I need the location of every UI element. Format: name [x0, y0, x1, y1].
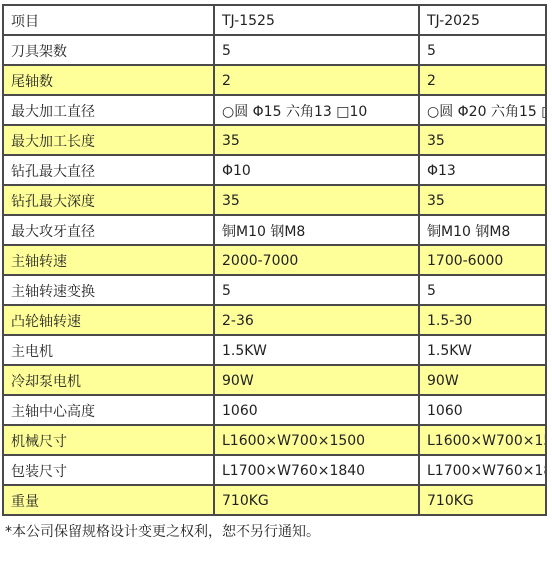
- spec-value-cell: L1600×W700×1500: [419, 425, 546, 455]
- spec-label-cell: 冷却泵电机: [3, 365, 214, 395]
- table-row: 最大加工长度 35 35: [3, 125, 546, 155]
- table-row: 冷却泵电机 90W 90W: [3, 365, 546, 395]
- spec-label-cell: 主轴转速变换: [3, 275, 214, 305]
- table-row: 主轴转速 2000-7000 1700-6000: [3, 245, 546, 275]
- spec-value-cell: L1600×W700×1500: [214, 425, 419, 455]
- spec-label-cell: 主轴中心高度: [3, 395, 214, 425]
- table-row: 刀具架数 5 5: [3, 35, 546, 65]
- spec-label-cell: 刀具架数: [3, 35, 214, 65]
- spec-label-cell: 机械尺寸: [3, 425, 214, 455]
- table-row: 最大攻牙直径 铜M10 钢M8 铜M10 钢M8: [3, 215, 546, 245]
- spec-value-cell: 2000-7000: [214, 245, 419, 275]
- spec-value-cell: 1.5KW: [214, 335, 419, 365]
- spec-value-cell: Φ10: [214, 155, 419, 185]
- spec-value-cell: 1.5KW: [419, 335, 546, 365]
- spec-value-cell: Φ13: [419, 155, 546, 185]
- spec-value-cell: 35: [214, 125, 419, 155]
- spec-value-cell: 2: [214, 65, 419, 95]
- spec-value-cell: 2: [419, 65, 546, 95]
- spec-label-cell: 尾轴数: [3, 65, 214, 95]
- spec-value-cell: 90W: [419, 365, 546, 395]
- table-row: 主轴转速变换 5 5: [3, 275, 546, 305]
- spec-label-cell: 最大加工直径: [3, 95, 214, 125]
- spec-label-cell: 凸轮轴转速: [3, 305, 214, 335]
- spec-value-cell: 铜M10 钢M8: [419, 215, 546, 245]
- spec-label-cell: 钻孔最大直径: [3, 155, 214, 185]
- spec-value-cell: 90W: [214, 365, 419, 395]
- column-header-model-1: TJ-1525: [214, 5, 419, 35]
- spec-label-cell: 主电机: [3, 335, 214, 365]
- table-row: 凸轮轴转速 2-36 1.5-30: [3, 305, 546, 335]
- spec-value-cell: ○圆 Φ20 六角15 □12: [419, 95, 546, 125]
- column-header-item: 项目: [3, 5, 214, 35]
- column-header-model-2: TJ-2025: [419, 5, 546, 35]
- table-row: 重量 710KG 710KG: [3, 485, 546, 515]
- table-row: 主电机 1.5KW 1.5KW: [3, 335, 546, 365]
- spec-value-cell: 35: [214, 185, 419, 215]
- spec-value-cell: 5: [214, 275, 419, 305]
- spec-sheet: 项目 TJ-1525 TJ-2025 刀具架数 5 5 尾轴数 2 2 最大加工…: [0, 0, 552, 541]
- table-row: 钻孔最大直径 Φ10 Φ13: [3, 155, 546, 185]
- spec-label-cell: 包装尺寸: [3, 455, 214, 485]
- table-row: 钻孔最大深度 35 35: [3, 185, 546, 215]
- disclaimer-note: *本公司保留规格设计变更之权利，恕不另行通知。: [5, 521, 552, 541]
- spec-value-cell: 5: [214, 35, 419, 65]
- spec-value-cell: 35: [419, 125, 546, 155]
- spec-table: 项目 TJ-1525 TJ-2025 刀具架数 5 5 尾轴数 2 2 最大加工…: [2, 4, 547, 516]
- spec-value-cell: 2-36: [214, 305, 419, 335]
- spec-value-cell: 5: [419, 275, 546, 305]
- spec-value-cell: 1.5-30: [419, 305, 546, 335]
- table-row: 包装尺寸 L1700×W760×1840 L1700×W760×1840: [3, 455, 546, 485]
- spec-value-cell: L1700×W760×1840: [214, 455, 419, 485]
- spec-label-cell: 最大加工长度: [3, 125, 214, 155]
- spec-label-cell: 钻孔最大深度: [3, 185, 214, 215]
- spec-label-cell: 主轴转速: [3, 245, 214, 275]
- table-row: 尾轴数 2 2: [3, 65, 546, 95]
- spec-value-cell: 1060: [419, 395, 546, 425]
- spec-value-cell: 35: [419, 185, 546, 215]
- table-row: 最大加工直径 ○圆 Φ15 六角13 □10 ○圆 Φ20 六角15 □12: [3, 95, 546, 125]
- spec-value-cell: 710KG: [214, 485, 419, 515]
- spec-label-cell: 最大攻牙直径: [3, 215, 214, 245]
- spec-value-cell: 5: [419, 35, 546, 65]
- table-row: 主轴中心高度 1060 1060: [3, 395, 546, 425]
- spec-value-cell: 铜M10 钢M8: [214, 215, 419, 245]
- spec-value-cell: 1060: [214, 395, 419, 425]
- table-header-row: 项目 TJ-1525 TJ-2025: [3, 5, 546, 35]
- spec-value-cell: ○圆 Φ15 六角13 □10: [214, 95, 419, 125]
- spec-value-cell: L1700×W760×1840: [419, 455, 546, 485]
- spec-label-cell: 重量: [3, 485, 214, 515]
- spec-value-cell: 710KG: [419, 485, 546, 515]
- spec-value-cell: 1700-6000: [419, 245, 546, 275]
- table-row: 机械尺寸 L1600×W700×1500 L1600×W700×1500: [3, 425, 546, 455]
